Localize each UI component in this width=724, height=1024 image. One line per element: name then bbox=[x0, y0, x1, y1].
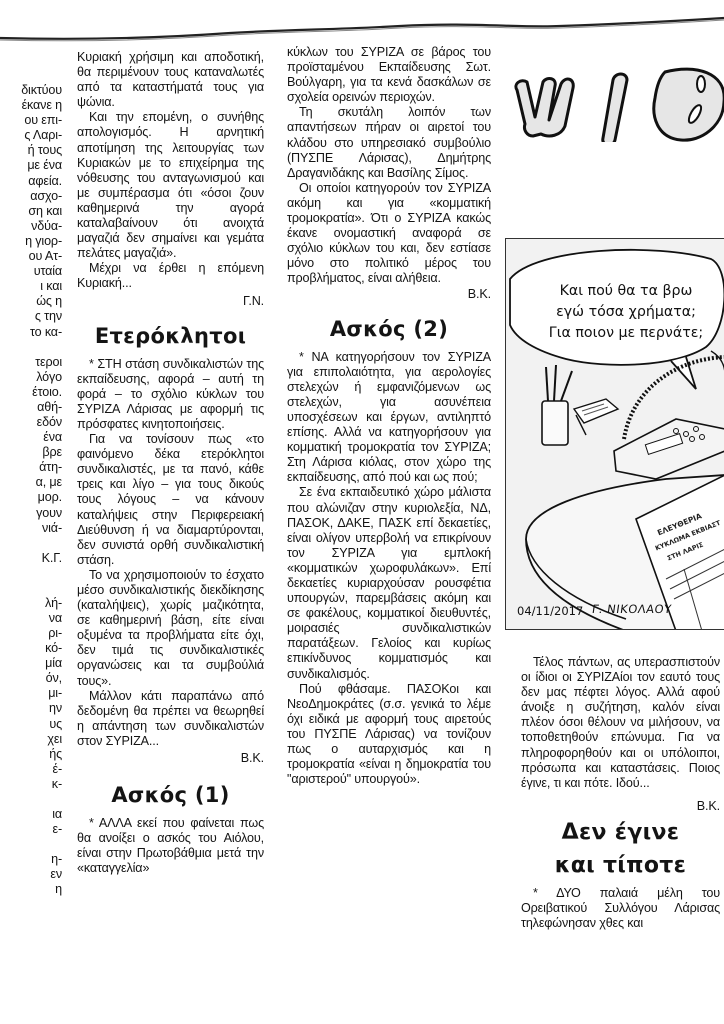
article-headline: Ασκός (1) bbox=[77, 782, 264, 808]
clipped-text-line: με ένα bbox=[0, 158, 62, 173]
author-signature: Β.Κ. bbox=[77, 751, 264, 766]
article-askos-1: Ασκός (1) * ΑΛΛΑ εκεί που φαίνεται πως θ… bbox=[77, 782, 264, 876]
article-askos-2: Ασκός (2) * ΝΑ κατηγορήσουν τον ΣΥΡΙΖΑ γ… bbox=[287, 316, 491, 788]
clipped-text-line: ς την bbox=[0, 309, 62, 324]
clipped-text-line: ση και bbox=[0, 204, 62, 219]
clipped-text-line: αθή- bbox=[0, 400, 62, 415]
clipped-text-line: έκανε η bbox=[0, 98, 62, 113]
paragraph: Για να τονίσουν πως «το φαινόμενο δέκα ε… bbox=[77, 432, 264, 568]
paragraph: κύκλων του ΣΥΡΙΖΑ σε βάρος του προϊσταμέ… bbox=[287, 45, 491, 105]
paragraph: * ΑΛΛΑ εκεί που φαίνεται πως θα ανοίξει … bbox=[77, 816, 264, 876]
left-edge-column: δικτύουέκανε ηου επι-ς Λαρι-ή τουςμε ένα… bbox=[0, 83, 62, 898]
author-signature: Β.Κ. bbox=[287, 287, 491, 302]
clipped-text-line: χει bbox=[0, 732, 62, 747]
clipped-text-line: νιά- bbox=[0, 521, 62, 536]
clipped-text-line: αφεία. bbox=[0, 174, 62, 189]
clipped-text-line: νδύα- bbox=[0, 219, 62, 234]
clipped-text-line: ασχο- bbox=[0, 189, 62, 204]
clipped-text-line: εν bbox=[0, 867, 62, 882]
cartoon-date: 04/11/2017 bbox=[517, 604, 583, 618]
continuation-article: κύκλων του ΣΥΡΙΖΑ σε βάρος του προϊσταμέ… bbox=[287, 45, 491, 302]
clipped-text-line: α, με bbox=[0, 475, 62, 490]
clipped-text-line: να bbox=[0, 611, 62, 626]
clipped-text-line: ε- bbox=[0, 822, 62, 837]
line-gap bbox=[0, 340, 62, 355]
clipped-text-line: δικτύου bbox=[0, 83, 62, 98]
clipped-text-line: ώς η bbox=[0, 294, 62, 309]
clipped-text-line: το κα- bbox=[0, 325, 62, 340]
speech-bubble-text: Και πού θα τα βρω εγώ τόσα χρήματα; Για … bbox=[526, 281, 724, 344]
paragraph: Οι οποίοι κατηγορούν τον ΣΥΡΙΖΑ ακόμη κα… bbox=[287, 181, 491, 287]
clipped-text-line: ην bbox=[0, 701, 62, 716]
page-top-border bbox=[0, 0, 724, 45]
paragraph: Πού φθάσαμε. ΠΑΣΟΚοι και ΝεοΔημοκράτες (… bbox=[287, 682, 491, 788]
paragraph: Μάλλον κάτι παραπάνω από δεδομένη θα πρέ… bbox=[77, 689, 264, 749]
paragraph: Σε ένα εκπαιδευτικό χώρο μάλιστα που αλώ… bbox=[287, 485, 491, 681]
clipped-text-line: η γιορ- bbox=[0, 234, 62, 249]
clipped-text-line: μορ. bbox=[0, 490, 62, 505]
clipped-text-line: ου Ατ- bbox=[0, 249, 62, 264]
paragraph: * ΔΥΟ παλαιά μέλη του Ορειβατικού Συλλόγ… bbox=[521, 886, 720, 931]
author-signature: Β.Κ. bbox=[521, 799, 720, 814]
article-heterokletoi: Ετερόκλητοι * ΣΤΗ στάση συνδικαλιστών τη… bbox=[77, 323, 264, 767]
clipped-text-line: κό- bbox=[0, 641, 62, 656]
editorial-cartoon: Και πού θα τα βρω εγώ τόσα χρήματα; Για … bbox=[505, 238, 724, 630]
continuation-article: Τέλος πάντων, ας υπερασπιστούν οι ίδιοι … bbox=[521, 655, 720, 814]
paragraph: * ΣΤΗ στάση συνδικαλιστών της εκπαίδευση… bbox=[77, 357, 264, 432]
clipped-text-line: μι- bbox=[0, 686, 62, 701]
paragraph: Τέλος πάντων, ας υπερασπιστούν οι ίδιοι … bbox=[521, 655, 720, 791]
line-gap bbox=[0, 581, 62, 596]
column-b: κύκλων του ΣΥΡΙΖΑ σε βάρος του προϊσταμέ… bbox=[287, 45, 491, 787]
clipped-text-line: ι και bbox=[0, 279, 62, 294]
notepad-icon bbox=[574, 399, 618, 435]
clipped-text-line: ένα bbox=[0, 430, 62, 445]
clipped-text-line: γουν bbox=[0, 506, 62, 521]
telephone-icon bbox=[614, 357, 724, 479]
clipped-text-line: Κ.Γ. bbox=[0, 551, 62, 566]
line-gap bbox=[0, 536, 62, 551]
clipped-text-line: άτη- bbox=[0, 460, 62, 475]
column-c: Τέλος πάντων, ας υπερασπιστούν οι ίδιοι … bbox=[521, 655, 720, 931]
clipped-text-line: έτοιο. bbox=[0, 385, 62, 400]
clipped-text-line: λόγο bbox=[0, 370, 62, 385]
clipped-text-line: υς bbox=[0, 717, 62, 732]
line-gap bbox=[0, 792, 62, 807]
clipped-text-line: βρε bbox=[0, 445, 62, 460]
paragraph: Μέχρι να έρθει η επόμενη Κυριακή... bbox=[77, 261, 264, 291]
article-den-egine: Δεν έγινε και τίποτε * ΔΥΟ παλαιά μέλη τ… bbox=[521, 816, 720, 931]
clipped-text-line: ου επι- bbox=[0, 113, 62, 128]
clipped-text-line: ής bbox=[0, 747, 62, 762]
clipped-text-line: τεροι bbox=[0, 355, 62, 370]
column-a: Κυριακή χρήσιμη και αποδοτική, θα περιμέ… bbox=[77, 50, 264, 877]
clipped-text-line: όν, bbox=[0, 671, 62, 686]
line-gap bbox=[0, 566, 62, 581]
clipped-text-line: ια bbox=[0, 807, 62, 822]
clipped-text-line: μία bbox=[0, 656, 62, 671]
paragraph: * ΝΑ κατηγορήσουν τον ΣΥΡΙΖΑ για επιπολα… bbox=[287, 350, 491, 486]
clipped-text-line: κ- bbox=[0, 777, 62, 792]
article-headline: Ασκός (2) bbox=[287, 316, 491, 342]
line-gap bbox=[0, 837, 62, 852]
clipped-text-line: η bbox=[0, 882, 62, 897]
paragraph: Και την επομένη, ο συνήθης απολογισμός. … bbox=[77, 110, 264, 261]
intro-article-end: Κυριακή χρήσιμη και αποδοτική, θα περιμέ… bbox=[77, 50, 264, 309]
clipped-text-line: υταία bbox=[0, 264, 62, 279]
cartoon-section-title bbox=[505, 62, 724, 142]
clipped-text-line: λή- bbox=[0, 596, 62, 611]
clipped-text-line: η- bbox=[0, 852, 62, 867]
author-signature: Γ.Ν. bbox=[77, 294, 264, 309]
article-headline: Δεν έγινε και τίποτε bbox=[521, 816, 720, 882]
clipped-text-line: ρι- bbox=[0, 626, 62, 641]
clipped-text-line: ς Λαρι- bbox=[0, 128, 62, 143]
cartoon-author: Γ. ΝΙΚΟΛΑΟΥ bbox=[591, 602, 673, 616]
paragraph: Το να χρησιμοποιούν το έσχατο μέσο συνδι… bbox=[77, 568, 264, 689]
paragraph: Τη σκυτάλη λοιπόν των απαντήσεων πήραν ο… bbox=[287, 105, 491, 180]
paragraph: Κυριακή χρήσιμη και αποδοτική, θα περιμέ… bbox=[77, 50, 264, 110]
clipped-text-line: εδόν bbox=[0, 415, 62, 430]
clipped-text-line: ή τους bbox=[0, 143, 62, 158]
pen-holder-icon bbox=[542, 365, 572, 445]
clipped-text-line: έ- bbox=[0, 762, 62, 777]
article-headline: Ετερόκλητοι bbox=[77, 323, 264, 349]
